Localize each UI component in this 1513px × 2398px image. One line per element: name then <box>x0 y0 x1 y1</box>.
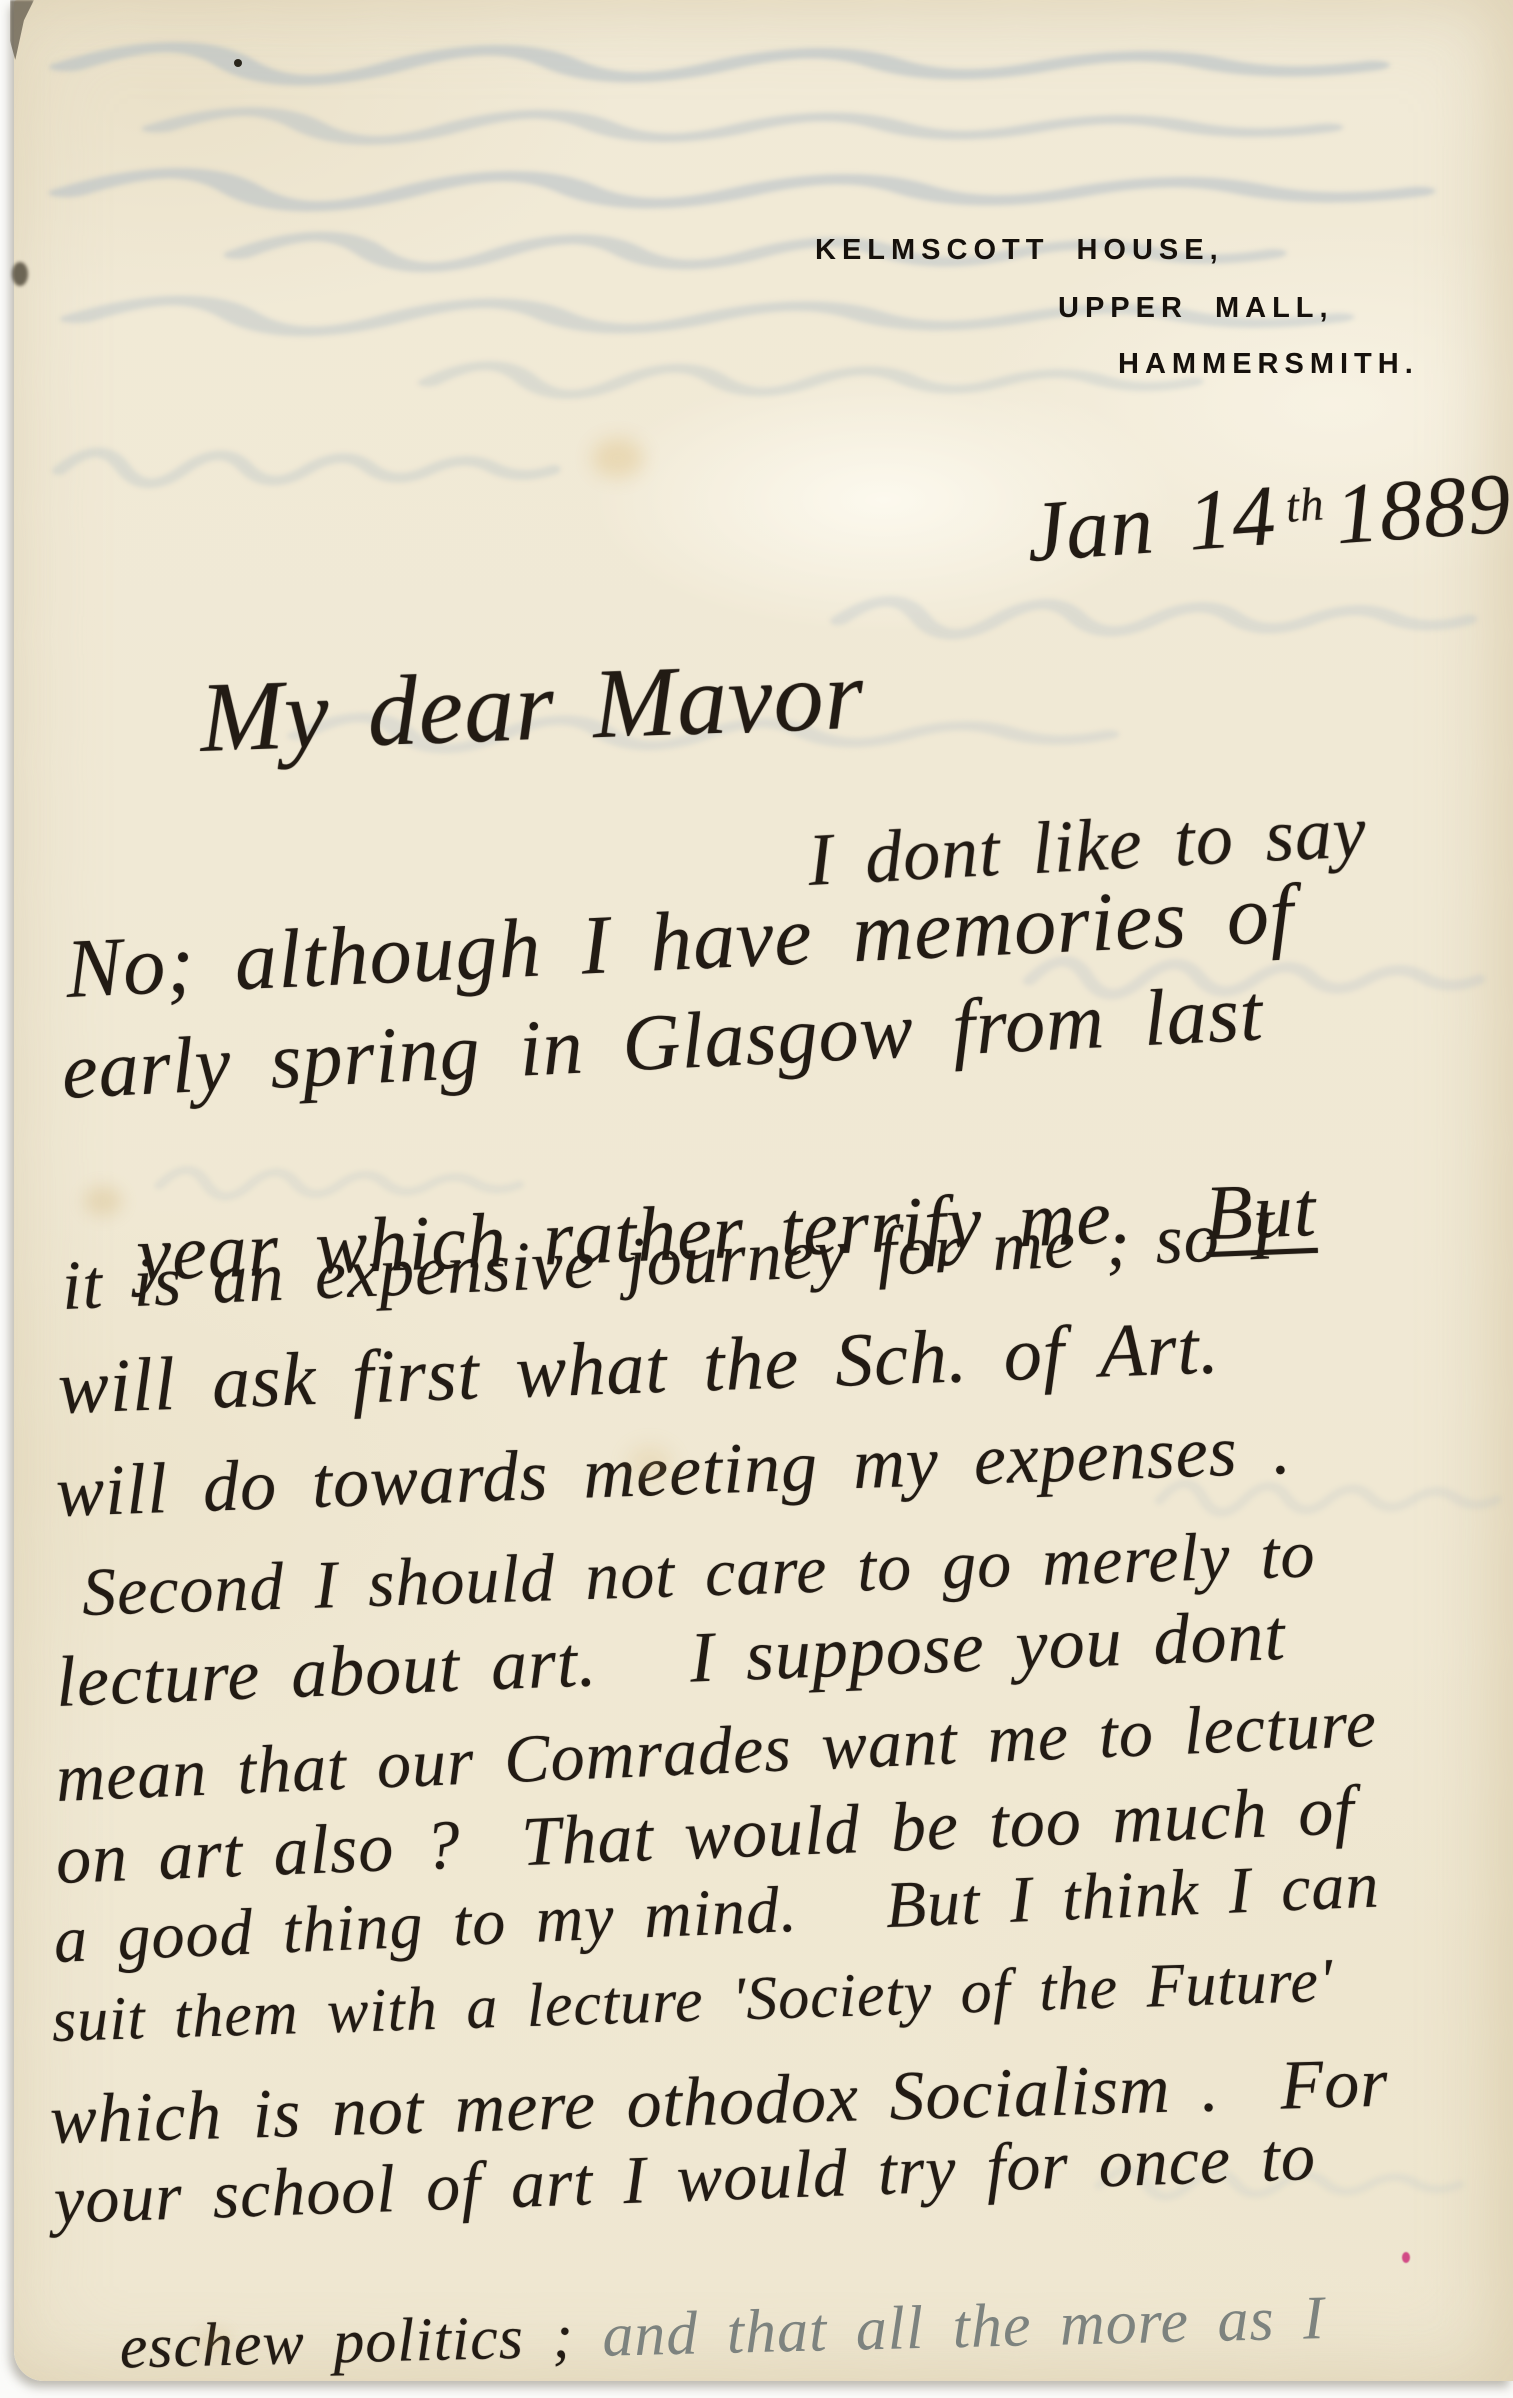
date-year: 1889 <box>1332 455 1513 563</box>
scanned-letter: { "document": { "kind": "handwritten let… <box>0 0 1513 2398</box>
date-day-month: Jan 14 <box>1023 467 1279 580</box>
letterhead-line-street: UPPER MALL, <box>1058 292 1334 325</box>
date-ordinal: th <box>1284 478 1326 533</box>
salutation: My dear Mavor <box>198 645 866 768</box>
letterhead-line-district: HAMMERSMITH. <box>1118 348 1419 381</box>
letterhead-line-house: KELMSCOTT HOUSE, <box>815 234 1224 267</box>
body-line-16-dark-text: eschew politics ; <box>119 2302 603 2382</box>
